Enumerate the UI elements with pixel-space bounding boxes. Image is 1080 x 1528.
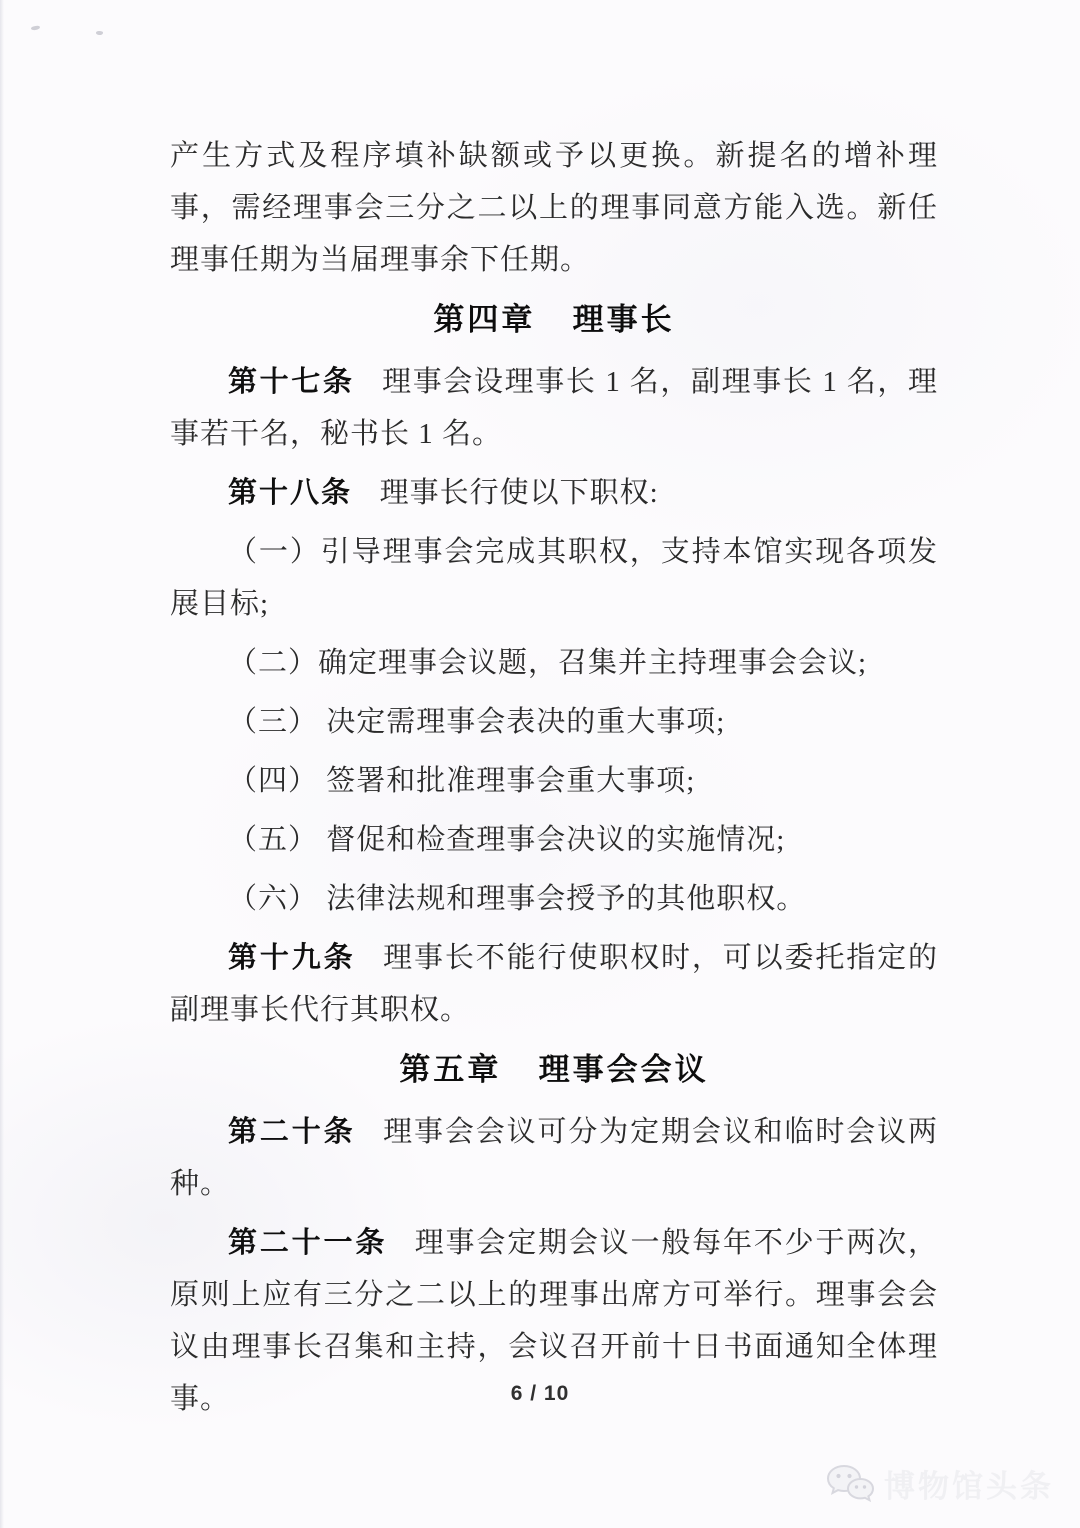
scan-artifact <box>96 31 103 36</box>
document-body: 产生方式及程序填补缺额或予以更换。新提名的增补理事，需经理事会三分之二以上的理事… <box>170 130 938 1432</box>
chapter-number: 第五章 <box>399 1052 501 1087</box>
article-18-label: 第十八条 <box>228 477 352 509</box>
document-page: 产生方式及程序填补缺额或予以更换。新提名的增补理事，需经理事会三分之二以上的理事… <box>0 0 1080 1528</box>
article-18-item-6: （六） 法律法规和理事会授予的其他职权。 <box>170 873 938 925</box>
article-19-label: 第十九条 <box>228 942 356 974</box>
article-18-item-3: （三） 决定需理事会表决的重大事项; <box>170 696 938 748</box>
article-21-label: 第二十一条 <box>228 1227 387 1259</box>
article-18-item-4: （四） 签署和批准理事会重大事项; <box>170 755 938 807</box>
scan-artifact <box>31 25 40 30</box>
wechat-logo-icon <box>823 1462 875 1506</box>
chapter-title: 理事长 <box>573 302 675 337</box>
article-18-item-1: （一）引导理事会完成其职权，支持本馆实现各项发展目标; <box>170 526 938 630</box>
chapter-5-heading: 第五章理事会会议 <box>170 1044 938 1096</box>
page-number: 6 / 10 <box>0 1382 1080 1406</box>
watermark-label: 博物馆头条 <box>884 1461 1054 1506</box>
chapter-4-heading: 第四章理事长 <box>170 294 938 346</box>
article-20: 第二十条理事会会议可分为定期会议和临时会议两种。 <box>170 1106 938 1210</box>
chapter-number: 第四章 <box>433 302 535 337</box>
article-17: 第十七条理事会设理事长 1 名，副理事长 1 名，理事若干名，秘书长 1 名。 <box>170 356 938 460</box>
article-17-label: 第十七条 <box>228 366 355 398</box>
page-edge-shadow <box>0 0 4 1528</box>
article-18-item-5: （五） 督促和检查理事会决议的实施情况; <box>170 814 938 866</box>
chapter-title: 理事会会议 <box>539 1052 709 1087</box>
watermark: 博物馆头条 <box>823 1461 1054 1506</box>
article-18-text: 理事长行使以下职权: <box>380 477 659 509</box>
paragraph-continuation: 产生方式及程序填补缺额或予以更换。新提名的增补理事，需经理事会三分之二以上的理事… <box>170 130 938 286</box>
article-20-label: 第二十条 <box>228 1116 356 1148</box>
article-18-item-2: （二）确定理事会议题，召集并主持理事会会议; <box>170 637 938 689</box>
article-19: 第十九条理事长不能行使职权时，可以委托指定的副理事长代行其职权。 <box>170 932 938 1036</box>
article-18: 第十八条理事长行使以下职权: <box>170 467 938 519</box>
